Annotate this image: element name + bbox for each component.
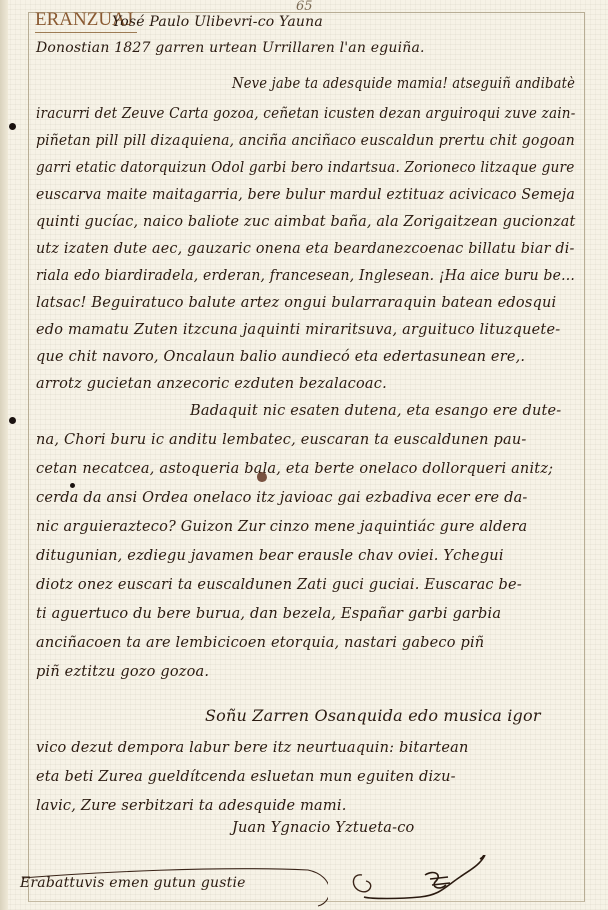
binding-hole	[9, 123, 16, 130]
manuscript-line: eta beti Zurea gueldítcenda esluetan mun…	[36, 769, 456, 785]
page-binding-edge	[0, 0, 8, 910]
manuscript-line: ti aguertuco du bere burua, dan bezela, …	[36, 606, 501, 622]
manuscript-line: Neve jabe ta adesquide mamia! atseguiñ a…	[232, 76, 575, 92]
manuscript-line: Yosé Paulo Ulibevri-co Yauna	[112, 14, 323, 30]
manuscript-line: piñ eztitzu gozo gozoa.	[36, 664, 209, 680]
manuscript-line: diotz onez euscari ta euscaldunen Zati g…	[36, 577, 522, 593]
manuscript-line: utz izaten dute aec, gauzaric onena eta …	[36, 241, 575, 257]
manuscript-line: que chit navoro, Oncalaun balio aundiecó…	[36, 349, 525, 365]
manuscript-line: edo mamatu Zuten itzcuna jaquinti mirari…	[36, 322, 560, 338]
manuscript-line: Badaquit nic esaten dutena, eta esango e…	[190, 403, 561, 419]
ink-blot	[257, 472, 267, 482]
manuscript-line: iracurri det Zeuve Carta gozoa, ceñetan …	[36, 106, 575, 122]
manuscript-line: Donostian 1827 garren urtean Urrillaren …	[36, 40, 425, 56]
ink-dot	[70, 483, 75, 488]
manuscript-line: na, Chori buru ic anditu lembatec, eusca…	[36, 432, 526, 448]
manuscript-line: riala edo biardiradela, erderan, frances…	[36, 268, 575, 284]
manuscript-line: latsac! Beguiratuco balute artez ongui b…	[36, 295, 556, 311]
footer-note: Erabattuvis emen gutun gustie	[20, 875, 246, 891]
manuscript-line: quinti gucíac, naico baliote zuc aimbat …	[36, 214, 575, 230]
manuscript-line: anciñacoen ta are lembicicoen etorquia, …	[36, 635, 484, 651]
manuscript-line: Soñu Zarren Osanquida edo musica igor	[205, 706, 541, 725]
manuscript-line: piñetan pill pill dizaquiena, anciña anc…	[36, 133, 575, 149]
manuscript-line: cerda da ansi Ordea onelaco itz javioac …	[36, 490, 528, 506]
manuscript-line: lavic, Zure serbitzari ta adesquide mami…	[36, 798, 347, 814]
page-number: 65	[296, 0, 313, 14]
binding-hole	[9, 417, 16, 424]
manuscript-line: euscarva maite maitagarria, bere bulur m…	[36, 187, 575, 203]
manuscript-line: vico dezut dempora labur bere itz neurtu…	[36, 740, 469, 756]
manuscript-line: ditugunian, ezdiegu javamen bear erausle…	[36, 548, 504, 564]
manuscript-line: garri etatic datorquizun Odol garbi bero…	[36, 160, 575, 176]
manuscript-line: Juan Ygnacio Yztueta-co	[232, 820, 414, 836]
manuscript-line: cetan necatcea, astoqueria bala, eta ber…	[36, 461, 553, 477]
signature-flourish-icon	[350, 855, 500, 910]
manuscript-line: arrotz gucietan anzecoric ezduten bezala…	[36, 376, 387, 392]
manuscript-page: 65 ERANZUAJ Yosé Paulo Ulibevri-co Yauna…	[0, 0, 608, 910]
manuscript-line: nic arguierazteco? Guizon Zur cinzo mene…	[36, 519, 527, 535]
